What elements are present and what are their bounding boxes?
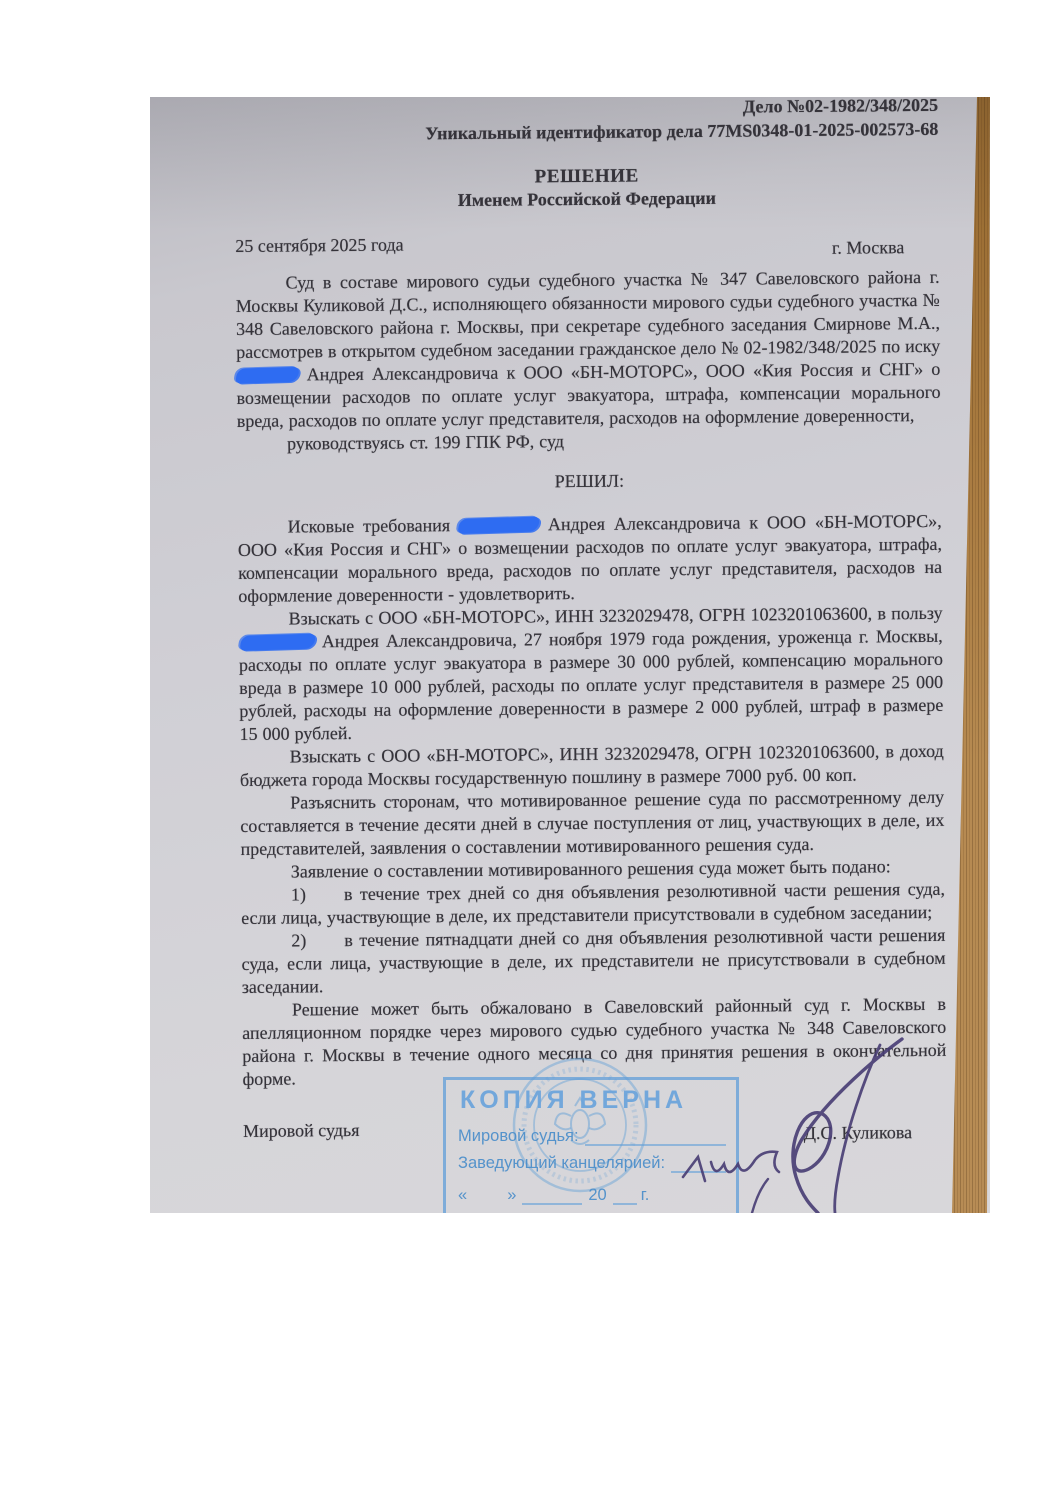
- redaction-mark: [235, 367, 299, 384]
- decision-subtitle: Именем Российской Федерации: [235, 185, 939, 214]
- stamp-clerk-line: Заведующий канцелярией:: [458, 1153, 726, 1173]
- award-paragraph: Взыскать с ООО «БН-МОТОРС», ИНН 32320294…: [238, 602, 943, 746]
- redaction-mark: [458, 517, 540, 534]
- court-decision-page: Дело №02-1982/348/2025 Уникальный иденти…: [234, 97, 947, 1143]
- stamp-title: КОПИЯ ВЕРНА: [460, 1086, 736, 1115]
- list-item-2-number: 2): [291, 930, 306, 950]
- stamp-year-prefix: 20: [588, 1186, 606, 1205]
- list-item-1-text: в течение трех дней со дня объявления ре…: [241, 879, 945, 928]
- state-duty-paragraph: Взыскать с ООО «БН-МОТОРС», ИНН 32320294…: [240, 740, 944, 792]
- award-text-post: Андрея Александровича, 27 ноября 1979 го…: [239, 626, 944, 744]
- list-item-1-number: 1): [291, 884, 306, 904]
- case-unique-identifier: Уникальный идентификатор дела 77MS0348-0…: [234, 118, 938, 147]
- judge-name: Д.С. Куликова: [804, 1121, 913, 1145]
- stamp-signature-line: [585, 1126, 726, 1146]
- intro-text-pre: Суд в составе мирового судьи судебного у…: [236, 267, 941, 362]
- guided-by-line: руководствуясь ст. 199 ГПК РФ, суд: [237, 427, 941, 456]
- stamp-quote-open: «: [458, 1186, 467, 1205]
- stamp-year-line: [613, 1185, 637, 1205]
- redaction-mark: [240, 634, 316, 651]
- list-item-1: 1)в течение трех дней со дня объявления …: [241, 878, 945, 930]
- intro-paragraph: Суд в составе мирового судьи судебного у…: [236, 266, 941, 433]
- decision-city: г. Москва: [832, 236, 905, 260]
- resolution-heading: РЕШИЛ:: [237, 467, 941, 496]
- stamp-judge-label: Мировой судья:: [458, 1127, 579, 1146]
- stamp-month-line: [522, 1185, 582, 1205]
- stamp-judge-line: Мировой судья:: [458, 1126, 726, 1146]
- stamp-year-suffix: г.: [641, 1186, 650, 1205]
- date-city-row: 25 сентября 2025 года г. Москва: [235, 229, 939, 258]
- stamp-quote-close: »: [507, 1186, 516, 1205]
- clarification-paragraph: Разъяснить сторонам, что мотивированное …: [240, 786, 945, 861]
- copy-certified-stamp: КОПИЯ ВЕРНА Мировой судья: Заведующий ка…: [443, 1077, 739, 1213]
- wooden-table-edge: [948, 97, 990, 1213]
- award-text-pre: Взыскать с ООО «БН-МОТОРС», ИНН 32320294…: [288, 603, 942, 629]
- intro-text-post: Андрея Александровича к ООО «БН-МОТОРС»,…: [237, 359, 941, 431]
- stamp-signature-line: [671, 1153, 726, 1173]
- stamp-clerk-label: Заведующий канцелярией:: [458, 1154, 665, 1173]
- document-photo: Дело №02-1982/348/2025 Уникальный иденти…: [150, 97, 990, 1213]
- list-item-2: 2)в течение пятнадцати дней со дня объяв…: [241, 924, 946, 999]
- decision-date: 25 сентября 2025 года: [235, 234, 403, 258]
- judge-label: Мировой судья: [243, 1119, 360, 1143]
- claims-paragraph: Исковые требования Андрея Александровича…: [238, 510, 943, 608]
- stamp-date-line: « » 20 г.: [458, 1185, 726, 1205]
- list-item-2-text: в течение пятнадцати дней со дня объявле…: [241, 925, 945, 997]
- claims-text-pre: Исковые требования: [288, 515, 459, 536]
